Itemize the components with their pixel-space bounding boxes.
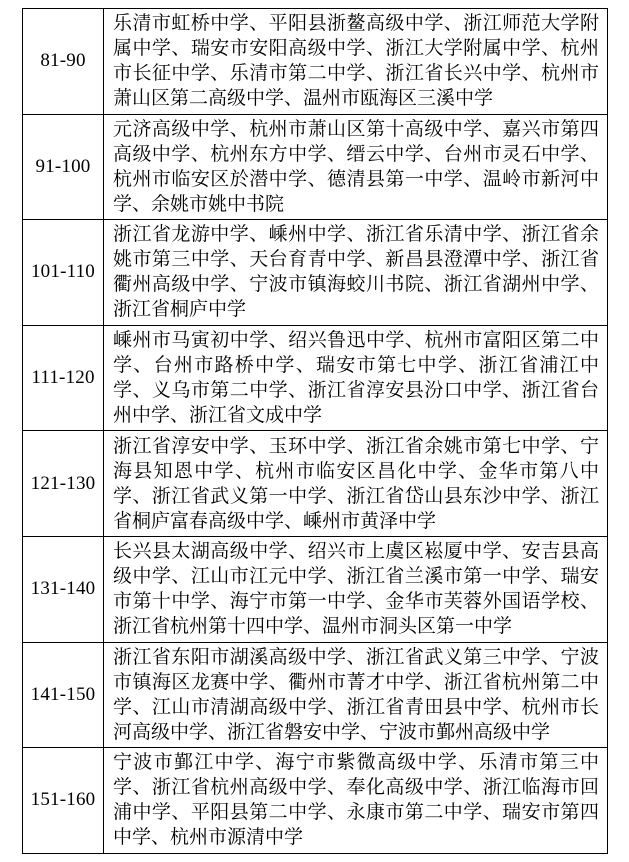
- schools-list-cell: 嵊州市马寅初中学、绍兴鲁迅中学、杭州市富阳区第二中学、台州市路桥中学、瑞安市第七…: [104, 325, 608, 431]
- schools-list-cell: 浙江省龙游中学、嵊州中学、浙江省乐清中学、浙江省余姚市第三中学、天台育青中学、新…: [104, 220, 608, 326]
- table-row: 81-90 乐清市虹桥中学、平阳县浙鳌高级中学、浙江师范大学附属中学、瑞安市安阳…: [23, 9, 608, 115]
- schools-list-cell: 浙江省东阳市湖溪高级中学、浙江省武义第三中学、宁波市镇海区龙赛中学、衢州市菁才中…: [104, 642, 608, 748]
- schools-list-cell: 浙江省淳安中学、玉环中学、浙江省余姚市第七中学、宁海县知恩中学、杭州市临安区昌化…: [104, 431, 608, 537]
- school-ranking-table-container: 81-90 乐清市虹桥中学、平阳县浙鳌高级中学、浙江师范大学附属中学、瑞安市安阳…: [22, 8, 608, 854]
- table-row: 121-130 浙江省淳安中学、玉环中学、浙江省余姚市第七中学、宁海县知恩中学、…: [23, 431, 608, 537]
- schools-list-cell: 元济高级中学、杭州市萧山区第十高级中学、嘉兴市第四高级中学、杭州东方中学、缙云中…: [104, 114, 608, 220]
- schools-list-cell: 乐清市虹桥中学、平阳县浙鳌高级中学、浙江师范大学附属中学、瑞安市安阳高级中学、浙…: [104, 9, 608, 115]
- table-row: 151-160 宁波市鄞江中学、海宁市紫微高级中学、乐清市第三中学、浙江省杭州高…: [23, 748, 608, 854]
- table-row: 111-120 嵊州市马寅初中学、绍兴鲁迅中学、杭州市富阳区第二中学、台州市路桥…: [23, 325, 608, 431]
- rank-range-cell: 121-130: [23, 431, 104, 537]
- schools-list-cell: 宁波市鄞江中学、海宁市紫微高级中学、乐清市第三中学、浙江省杭州高级中学、奉化高级…: [104, 748, 608, 854]
- table-row: 101-110 浙江省龙游中学、嵊州中学、浙江省乐清中学、浙江省余姚市第三中学、…: [23, 220, 608, 326]
- rank-range-cell: 81-90: [23, 9, 104, 115]
- rank-range-cell: 131-140: [23, 536, 104, 642]
- rank-range-cell: 141-150: [23, 642, 104, 748]
- school-ranking-table: 81-90 乐清市虹桥中学、平阳县浙鳌高级中学、浙江师范大学附属中学、瑞安市安阳…: [22, 8, 608, 854]
- rank-range-cell: 101-110: [23, 220, 104, 326]
- table-row: 91-100 元济高级中学、杭州市萧山区第十高级中学、嘉兴市第四高级中学、杭州东…: [23, 114, 608, 220]
- rank-range-cell: 91-100: [23, 114, 104, 220]
- rank-range-cell: 151-160: [23, 748, 104, 854]
- schools-list-cell: 长兴县太湖高级中学、绍兴市上虞区崧厦中学、安吉县高级中学、江山市江元中学、浙江省…: [104, 536, 608, 642]
- rank-range-cell: 111-120: [23, 325, 104, 431]
- table-row: 141-150 浙江省东阳市湖溪高级中学、浙江省武义第三中学、宁波市镇海区龙赛中…: [23, 642, 608, 748]
- table-row: 131-140 长兴县太湖高级中学、绍兴市上虞区崧厦中学、安吉县高级中学、江山市…: [23, 536, 608, 642]
